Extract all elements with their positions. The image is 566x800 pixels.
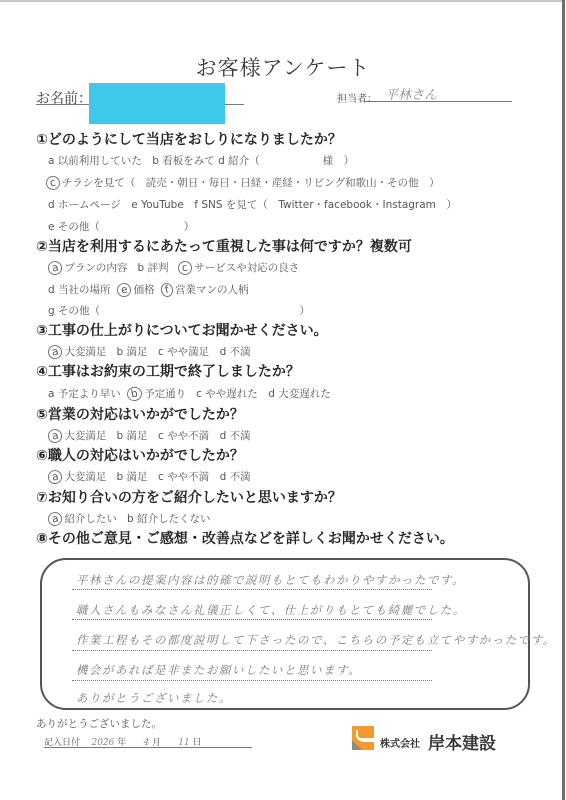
q6-options: a大変満足 b 満足 c やや不満 d 不満 (48, 469, 251, 484)
q1-flyer-option: チラシを見て（ 読売・朝日・毎日・日経・産経・リビング和歌山・その他 ） (62, 177, 440, 189)
q4-option-b-label: 予定通り (144, 388, 186, 400)
q3-options: a大変満足 b 満足 c やや満足 d 不満 (48, 344, 251, 359)
q2-option-e-circled: e (116, 282, 133, 299)
q2-option-c-label: サービスや対応の良さ (194, 262, 299, 274)
q2-option-d: d 当社の場所 (48, 284, 111, 296)
q2-options-row-3: g その他（ ） (48, 303, 310, 318)
comment-rule-2 (72, 619, 432, 620)
q3-option-a-circled: a (47, 344, 64, 361)
q2-option-e-label: 価格 (134, 284, 155, 296)
q2-option-b: b 評判 (137, 262, 168, 274)
q6-option-a-label: 大変満足 (64, 471, 106, 483)
comment-line-1: 平林さんの提案内容は的確で説明もとてもわかりやすかったです。 (76, 572, 465, 588)
staff-value-handwritten: 平林さん (385, 84, 437, 103)
comment-line-5: ありがとうございました。 (76, 690, 232, 706)
company-logo-icon (352, 726, 374, 750)
q4-option-a: a 予定より早い (48, 388, 121, 400)
question-4: ④工事はお約束の工期で終了しましたか？ (36, 361, 300, 381)
comment-rule-3 (72, 650, 432, 651)
q7-options: a紹介したい b 紹介したくない (48, 511, 210, 526)
question-3: ③工事の仕上がりについてお聞かせください。 (36, 320, 328, 340)
comment-line-4: 機会があれば是非またお願いしたいと思います。 (76, 662, 361, 678)
q2-options-row-1: aプランの内容 b 評判 cサービスや対応の良さ (48, 260, 299, 275)
comment-line-2: 職人さんもみなさん礼儀正しくて、仕上がりもとても綺麗でした。 (76, 602, 466, 618)
comment-rule-1 (72, 589, 432, 590)
q1-options-row-1: a 以前利用していた b 看板をみて d 紹介（ 様 ） (48, 153, 354, 168)
customer-name-label: お名前： (36, 88, 92, 108)
q6-other-options: b 満足 c やや不満 d 不満 (116, 471, 250, 483)
customer-name-redaction (89, 83, 225, 124)
question-2: ②当店を利用するにあたって重視した事は何ですか？複数可 (36, 236, 412, 256)
question-5: ⑤営業の対応はいかがでしたか？ (36, 404, 244, 424)
scan-right-edge (562, 0, 565, 800)
q2-option-f-circled: f (160, 282, 174, 298)
q7-option-a-label: 紹介したい (64, 513, 117, 525)
q5-option-a-circled: a (47, 428, 64, 445)
q2-option-a-label: プランの内容 (64, 262, 127, 274)
scan-top-edge (0, 0, 562, 2)
q1-options-row-4: e その他（ ） (48, 219, 194, 234)
staff-label: 担当者： (337, 90, 377, 105)
q1-options-row-2: cチラシを見て（ 読売・朝日・毎日・日経・産経・リビング和歌山・その他 ） (46, 175, 440, 190)
question-8: ⑧その他ご意見・ご感想・改善点などを詳しくお聞かせください。 (36, 528, 454, 548)
question-7: ⑦お知り合いの方をご紹介したいと思いますか？ (36, 487, 342, 507)
comment-line-3: 作業工程もその都度説明して下さったので、こちらの予定も立てやすかったです。 (76, 632, 556, 648)
q2-option-c-circled: c (177, 260, 193, 277)
q4-options: a 予定より早い b予定通り c やや遅れた d 大変遅れた (48, 386, 331, 401)
thank-you-text: ありがとうございました。 (36, 716, 162, 731)
q2-options-row-2: d 当社の場所 e価格 f営業マンの人柄 (48, 282, 249, 297)
q4-other-options: c やや遅れた d 大変遅れた (196, 388, 331, 400)
question-1: ①どのようにして当店をおしりになりましたか？ (36, 129, 342, 149)
company-name: 岸本建設 (428, 729, 496, 754)
q1-option-c-circled: c (45, 175, 61, 192)
q5-options: a大変満足 b 満足 c やや不満 d 不満 (48, 428, 251, 443)
q1-options-row-3: d ホームページ e YouTube f SNS を見て（ Twitter・fa… (48, 197, 457, 212)
question-6: ⑥職人の対応はいかがでしたか？ (36, 445, 244, 465)
q7-option-a-circled: a (47, 511, 64, 528)
q2-option-f-label: 営業マンの人柄 (175, 284, 249, 296)
entry-date-underline (44, 747, 252, 748)
q4-option-b-circled: b (126, 386, 143, 403)
form-title: お客様アンケート (0, 52, 566, 82)
q3-option-a-label: 大変満足 (64, 346, 106, 358)
comment-rule-4 (72, 680, 432, 681)
q7-other-options: b 紹介したくない (127, 513, 211, 525)
q6-option-a-circled: a (47, 469, 64, 486)
q5-other-options: b 満足 c やや不満 d 不満 (116, 430, 250, 442)
q2-option-a-circled: a (47, 260, 64, 277)
q3-other-options: b 満足 c やや満足 d 不満 (116, 346, 250, 358)
company-prefix: 株式会社 (380, 735, 420, 750)
q5-option-a-label: 大変満足 (64, 430, 106, 442)
